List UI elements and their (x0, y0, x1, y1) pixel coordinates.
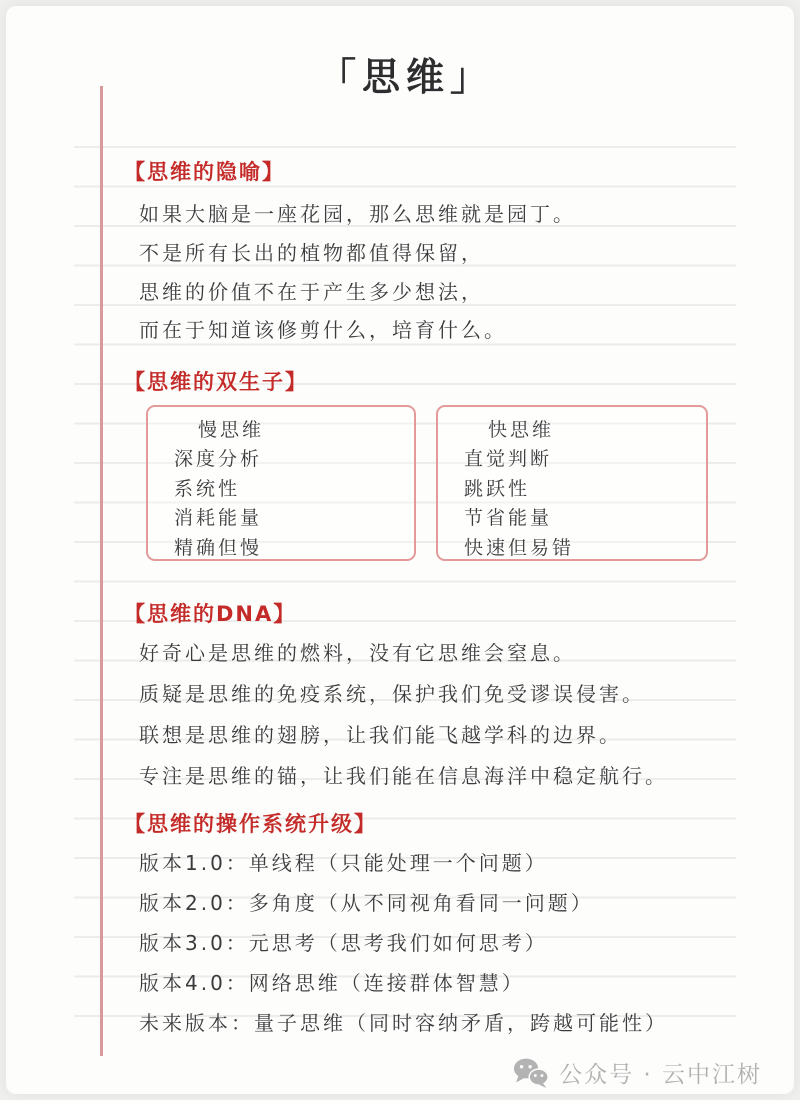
fast-box-title: 快思维 (464, 416, 706, 445)
fast-thinking-box: 快思维 直觉判断 跳跃性 节省能量 快速但易错 (436, 405, 708, 561)
slow-thinking-box: 慢思维 深度分析 系统性 消耗能量 精确但慢 (146, 405, 416, 561)
note-page: 「思维」 【思维的隐喻】 如果大脑是一座花园，那么思维就是园丁。 不是所有长出的… (6, 6, 794, 1094)
page-title: 「思维」 (6, 46, 800, 101)
wechat-icon (513, 1057, 549, 1089)
list-item: 系统性 (174, 475, 414, 505)
metaphor-line: 思维的价值不在于产生多少想法， (139, 276, 484, 305)
list-item: 跳跃性 (464, 475, 706, 505)
dna-line: 联想是思维的翅膀，让我们能飞越学科的边界。 (139, 719, 622, 748)
section-heading-os: 【思维的操作系统升级】 (124, 808, 377, 838)
dna-line: 好奇心是思维的燃料，没有它思维会窒息。 (139, 637, 576, 666)
margin-line (100, 86, 103, 1056)
list-item: 节省能量 (464, 504, 706, 534)
list-item: 精确但慢 (174, 534, 414, 564)
slow-box-list: 深度分析 系统性 消耗能量 精确但慢 (174, 445, 414, 563)
dna-line: 专注是思维的锚，让我们能在信息海洋中稳定航行。 (139, 760, 668, 789)
dna-line: 质疑是思维的免疫系统，保护我们免受谬误侵害。 (139, 678, 645, 707)
section-heading-metaphor: 【思维的隐喻】 (124, 156, 285, 186)
fast-box-list: 直觉判断 跳跃性 节省能量 快速但易错 (464, 445, 706, 563)
os-line: 版本3.0：元思考（思考我们如何思考） (139, 927, 548, 956)
footer-watermark: 公众号 · 云中江树 (513, 1056, 762, 1089)
section-heading-dna: 【思维的DNA】 (124, 598, 296, 628)
slow-box-title: 慢思维 (174, 416, 414, 445)
os-line: 版本1.0：单线程（只能处理一个问题） (139, 847, 548, 876)
footer-text: 公众号 · 云中江树 (559, 1056, 762, 1089)
metaphor-line: 不是所有长出的植物都值得保留， (139, 237, 484, 266)
os-line: 未来版本：量子思维（同时容纳矛盾，跨越可能性） (139, 1007, 668, 1036)
list-item: 快速但易错 (464, 534, 706, 564)
metaphor-line: 如果大脑是一座花园，那么思维就是园丁。 (139, 198, 576, 227)
list-item: 直觉判断 (464, 445, 706, 475)
section-heading-twins: 【思维的双生子】 (124, 366, 308, 396)
metaphor-line: 而在于知道该修剪什么，培育什么。 (139, 314, 507, 343)
os-line: 版本4.0：网络思维（连接群体智慧） (139, 967, 525, 996)
list-item: 消耗能量 (174, 504, 414, 534)
list-item: 深度分析 (174, 445, 414, 475)
os-line: 版本2.0：多角度（从不同视角看同一问题） (139, 887, 594, 916)
